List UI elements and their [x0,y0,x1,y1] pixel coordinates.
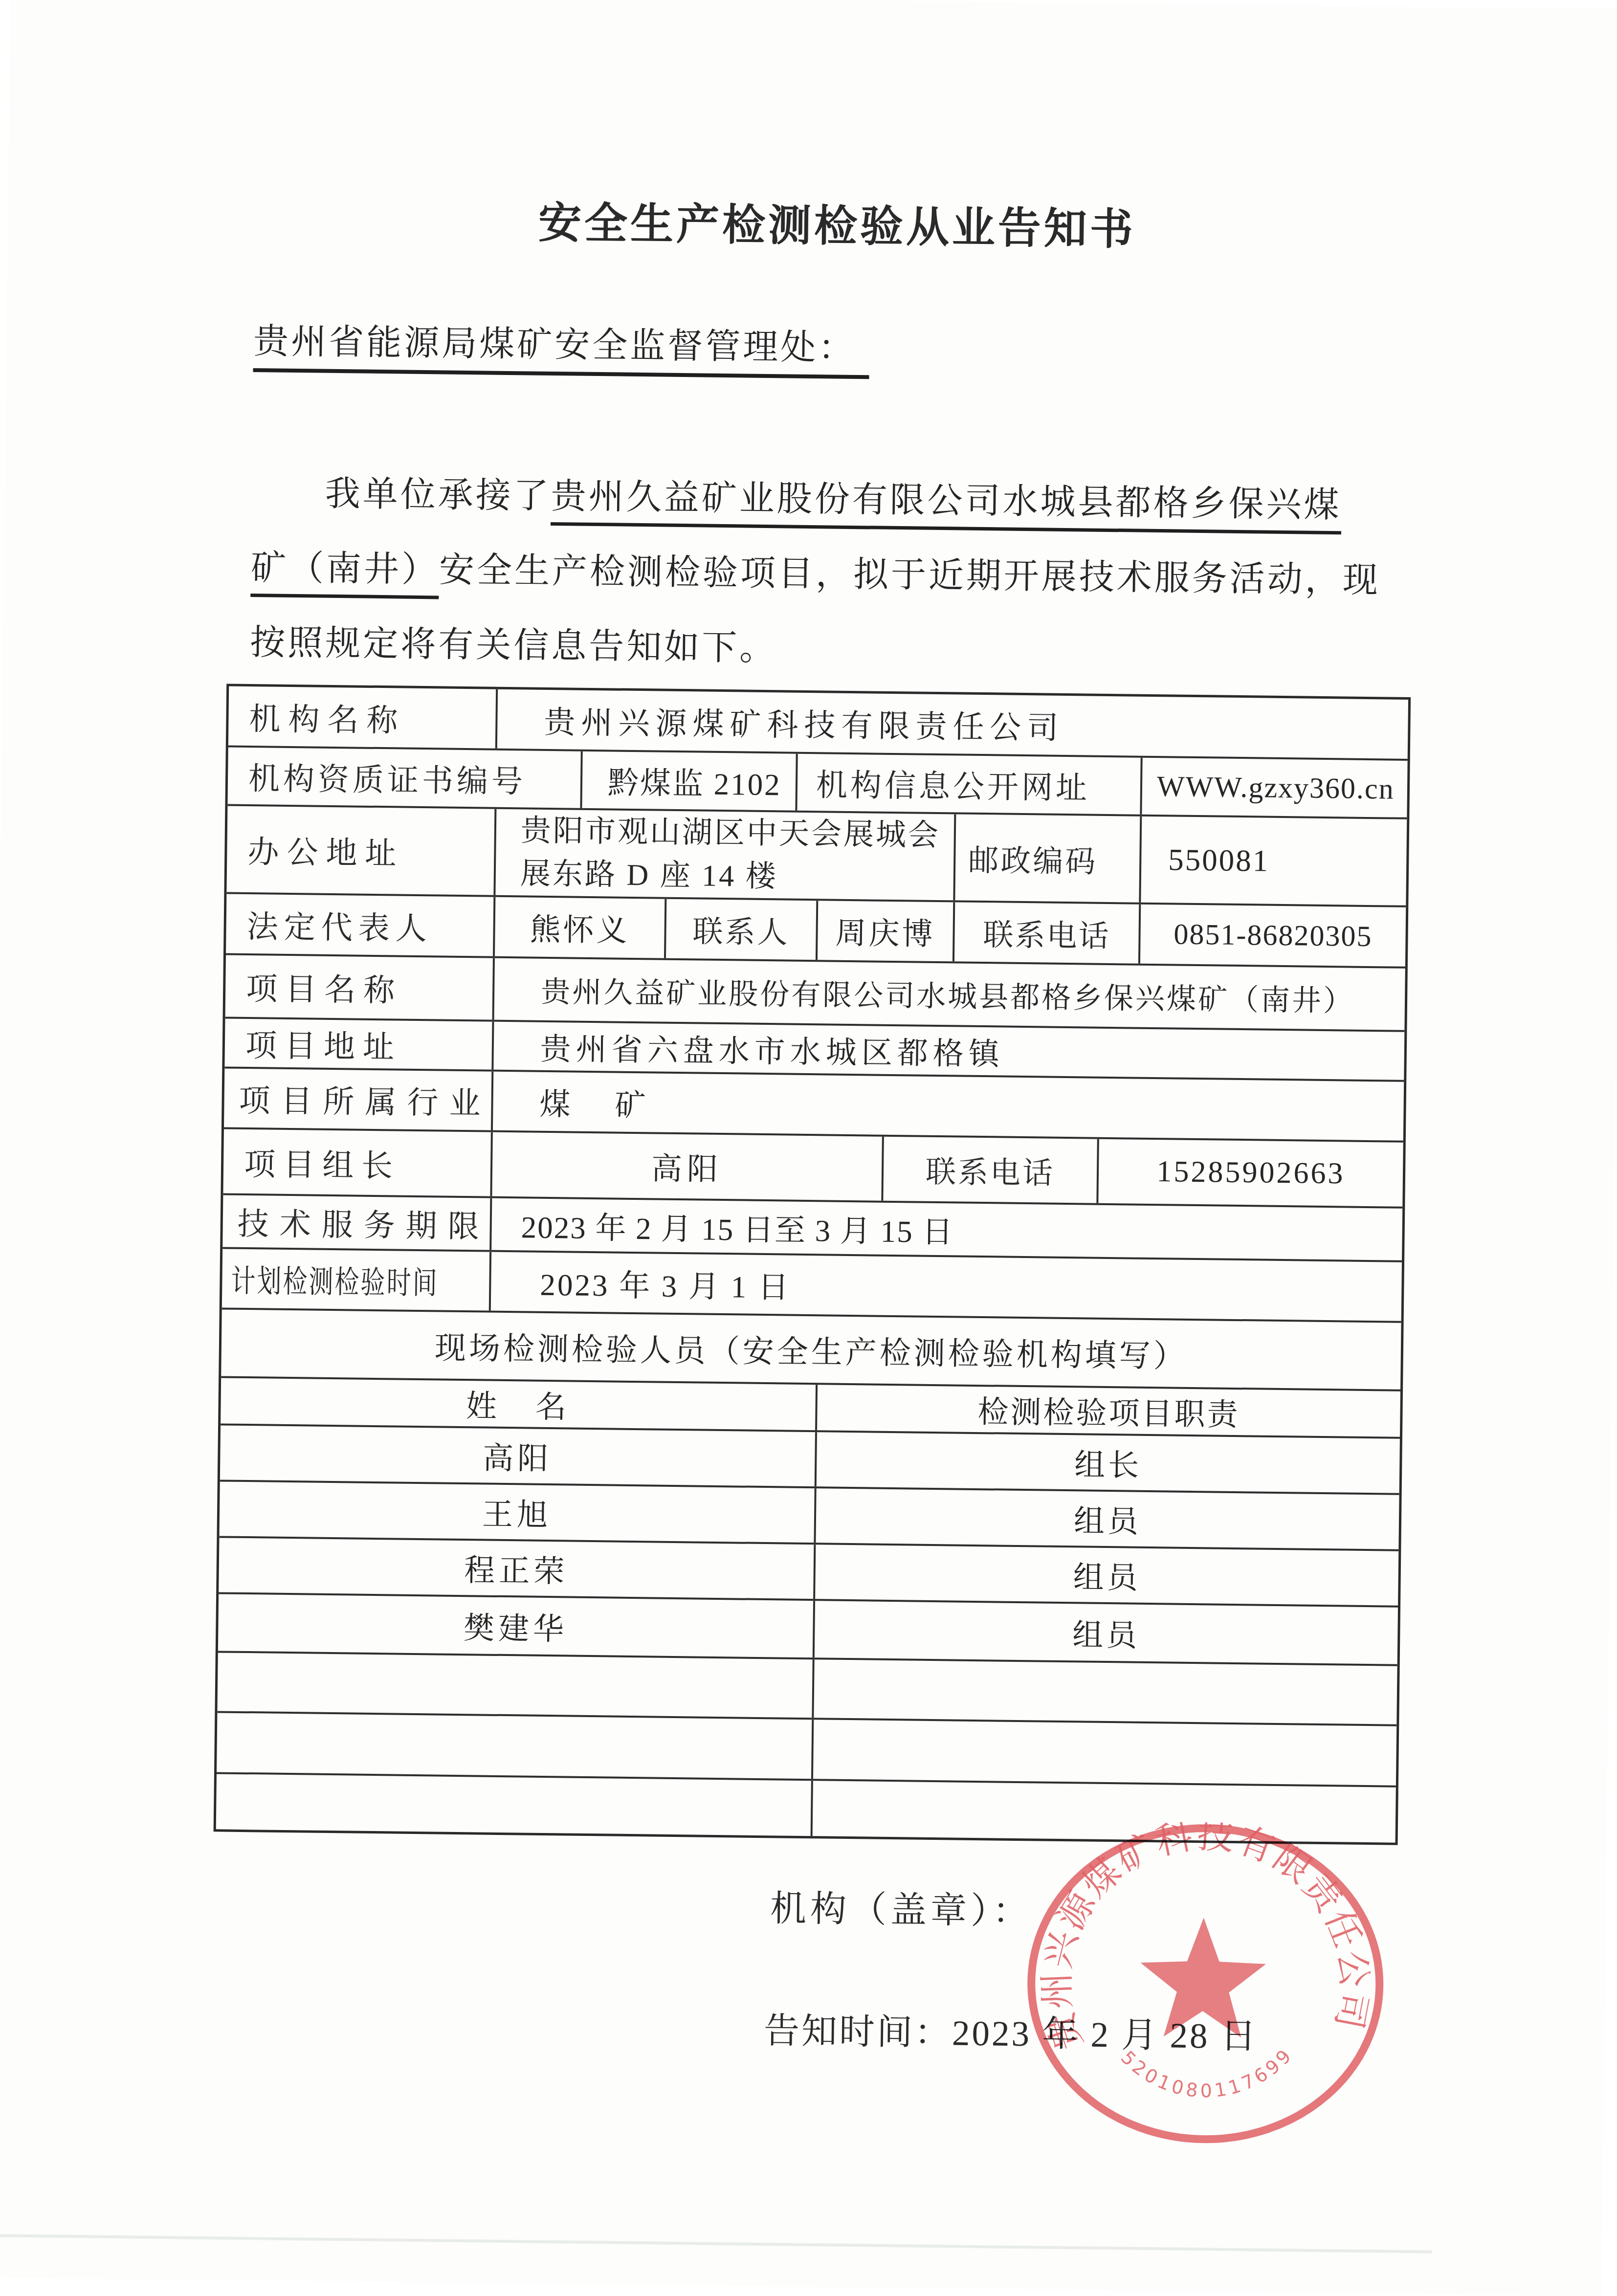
row-personnel-header: 现场检测检验人员（安全生产检测检验机构填写） [221,1309,1401,1391]
underlined-mine-name: 矿（南井） [250,539,439,599]
underlined-project-owner: 贵州久益矿业股份有限公司水城县都格乡保兴煤 [551,467,1342,534]
row-project-leader: 项目组长 高阳 联系电话 15285902663 [223,1129,1403,1208]
seal-caption: 机构（盖章）： [770,1879,1033,1934]
legal-rep-value: 熊怀义 [495,897,666,958]
contact-label: 联系人 [666,899,818,960]
org-phone-label: 联系电话 [954,902,1141,963]
leader-phone-label: 联系电话 [883,1137,1099,1203]
scan-artifact [0,2234,1432,2253]
page-title: 安全生产检测检验从业告知书 [538,189,1136,257]
info-table: 机构名称 贵州兴源煤矿科技有限责任公司 机构资质证书编号 黔煤监 2102 机构… [214,684,1411,1845]
project-leader-value: 高阳 [492,1132,884,1201]
paragraph-line-2: 矿（南井）安全生产检测检验项目，拟于近期开展技术服务活动，现 [250,522,1435,610]
legal-rep-label: 法定代表人 [226,894,495,956]
postcode-label: 邮政编码 [955,814,1142,902]
planned-time-label-text: 计划检测检验时间 [231,1256,439,1303]
leader-phone-value: 15285902663 [1098,1139,1403,1207]
star-icon [1140,1917,1267,2038]
personnel-name [216,1774,813,1836]
personnel-section-title: 现场检测检验人员（安全生产检测检验机构填写） [221,1309,1401,1389]
personnel-duty [813,1720,1396,1786]
personnel-duty: 组长 [817,1432,1400,1493]
project-name-value: 贵州久益矿业股份有限公司水城县都格乡保兴煤矿（南井） [494,958,1405,1030]
stamp-code-text: 5201080117699 [1116,2041,1298,2103]
personnel-name: 程正荣 [219,1538,816,1599]
personnel-duty-header: 检测检验项目职责 [817,1385,1400,1437]
paragraph-text: 我单位承接了 [325,465,551,526]
postcode-value: 550081 [1141,817,1407,905]
salutation-line: 贵州省能源局煤矿安全监督管理处： [253,312,870,379]
project-address-label: 项目地址 [224,1018,494,1069]
project-leader-label: 项目组长 [223,1129,492,1196]
project-name-label: 项目名称 [225,955,495,1019]
paragraph-line-3: 按照规定将有关信息告知如下。 [250,597,1434,685]
paragraph-line-1: 我单位承接了贵州久益矿业股份有限公司水城县都格乡保兴煤 [251,447,1436,535]
office-address-label: 办公地址 [226,806,496,895]
document-sheet: 安全生产检测检验从业告知书 贵州省能源局煤矿安全监督管理处： 我单位承接了贵州久… [0,0,1617,2287]
office-address-value: 贵阳市观山湖区中天会展城会展东路 D 座 14 楼 [495,809,956,901]
service-period-value: 2023 年 2 月 15 日至 3 月 15 日 [491,1198,1402,1260]
industry-value: 煤 矿 [493,1072,1404,1141]
personnel-duty [814,1659,1397,1724]
personnel-name: 高阳 [220,1425,817,1486]
industry-label: 项目所属行业 [224,1068,493,1130]
notify-date-label: 告知时间： [764,2011,952,2053]
public-site-label: 机构信息公开网址 [797,754,1142,815]
org-phone-value: 0851-86820305 [1140,905,1406,967]
personnel-name [217,1653,814,1718]
personnel-name: 樊建华 [218,1594,815,1657]
org-name-value: 贵州兴源煤矿科技有限责任公司 [497,689,1408,759]
row-office-address: 办公地址 贵阳市观山湖区中天会展城会展东路 D 座 14 楼 邮政编码 5500… [226,806,1407,907]
paragraph-text: 安全生产检测检验项目，拟于近期开展技术服务活动，现 [439,541,1380,610]
personnel-duty: 组员 [815,1545,1398,1606]
certificate-label: 机构资质证书编号 [227,748,582,808]
personnel-name: 王旭 [220,1481,817,1543]
public-site-value: WWW.gzxy360.cn [1142,758,1407,817]
personnel-duty: 组员 [816,1488,1399,1549]
service-period-label: 技术服务期限 [222,1195,492,1250]
paragraph-text: 按照规定将有关信息告知如下。 [250,614,777,678]
personnel-duty: 组员 [815,1601,1398,1664]
body-paragraph: 我单位承接了贵州久益矿业股份有限公司水城县都格乡保兴煤 矿（南井）安全生产检测检… [250,447,1436,685]
company-stamp: 贵州兴源煤矿科技有限责任公司 5201080117699 [1013,1820,1398,2162]
project-address-value: 贵州省六盘水市水城区都格镇 [493,1022,1404,1080]
contact-value: 周庆博 [818,901,955,961]
personnel-name-header: 姓 名 [221,1378,818,1430]
planned-time-label: 计划检测检验时间 [222,1249,491,1310]
planned-time-value: 2023 年 3 月 1 日 [491,1252,1402,1321]
certificate-value: 黔煤监 2102 [582,751,797,811]
personnel-name [217,1713,814,1779]
org-name-label: 机构名称 [228,686,498,749]
